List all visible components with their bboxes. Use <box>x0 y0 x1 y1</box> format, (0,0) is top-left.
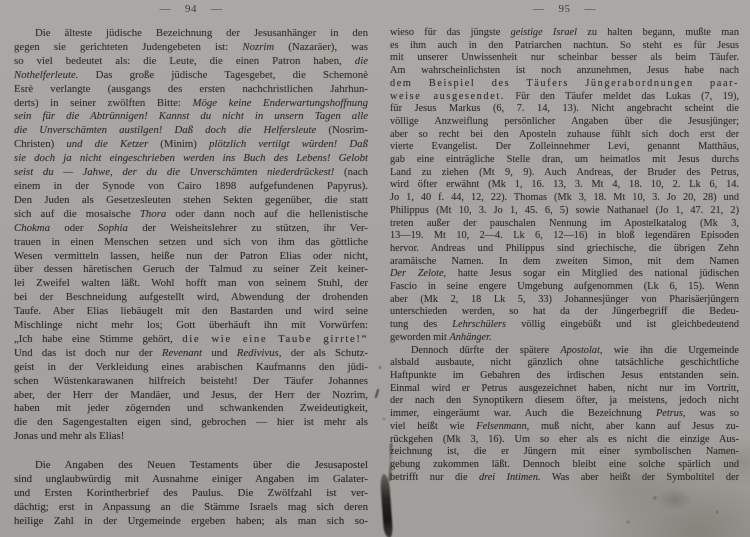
text-run: Nothelferleute. <box>14 69 78 81</box>
text-line: Die älteste jüdische Bezeichnung der Jes… <box>14 27 368 41</box>
text-line: die den Sagengestalten eigen sind, gebro… <box>14 416 368 430</box>
header-dash-left: — <box>160 3 172 15</box>
text-run: Und das ist doch nur der <box>14 347 162 359</box>
text-run: Land zu ziehen (Mt 9, 9). Auch Andreas, … <box>390 167 739 178</box>
text-run: , der als Schutz- <box>279 347 368 359</box>
text-line: gebung zukommen läßt. Dennoch bleibt ein… <box>390 459 739 472</box>
text-line: Taufe. Aber Elias liebäugelt mit den Bas… <box>14 305 368 319</box>
text-run: Nozrim <box>242 41 274 53</box>
text-run: geworden mit <box>390 332 449 343</box>
text-run: völlige Anzweiflung persönlicher Angaben… <box>390 116 739 127</box>
text-line: „Ich habe eine Stimme gehört, die wie ei… <box>14 333 368 347</box>
text-run: Lehrschülers <box>452 319 506 330</box>
text-line: wieso für das jüngste geistige Israel zu… <box>390 27 739 40</box>
text-run: der nach den Synoptikern diesem öfter, j… <box>390 395 739 406</box>
page-number-95: 95 <box>559 3 571 15</box>
text-run: die den Sagengestalten eigen sind, gebro… <box>14 416 368 428</box>
text-line: sie doch ja nicht eingeschrieben werden … <box>14 152 368 166</box>
paragraph: Dennoch dürfte der spätere Apostolat, wi… <box>390 345 739 485</box>
text-run: Die älteste jüdische Bezeichnung der Jes… <box>35 27 368 39</box>
text-line: unterschieden werden, so hat da der Jüng… <box>390 306 739 319</box>
text-run: betrifft nur die <box>390 472 479 483</box>
text-run: wie ihn die Urgemeinde <box>602 345 739 356</box>
text-line: zeichnung ist, die er Jüngern mit einer … <box>390 446 739 459</box>
text-run: dem Beispiel des Täufers Jüngerabordnung… <box>390 78 739 89</box>
text-line: geist in der Verkleidung eines arabische… <box>14 361 368 375</box>
text-run: immer, eingeräumt war. Auch die Bezeichn… <box>390 408 656 419</box>
page-94-header: —94— <box>14 3 368 15</box>
pen-mark <box>375 389 380 398</box>
text-run: dächtig; erst in Anpassung an die Stämme… <box>14 501 368 513</box>
text-run: muß nicht, aber kann auf Jesus zu- <box>529 421 739 432</box>
text-line: so viel bedeutet als: die Leute, die ein… <box>14 55 368 69</box>
text-run: treten außer der pauschalen Nennung im A… <box>390 218 739 229</box>
text-run: die wie eine Taube girrte!“ <box>182 333 368 345</box>
text-line: aramäische Namen. In dem zweiten Simon, … <box>390 256 739 269</box>
text-run: über dessen häretischen Geruch der Talmu… <box>14 263 368 275</box>
text-run: Redivivus <box>237 347 279 359</box>
text-run: die Unverschämten austilgen! Daß doch di… <box>14 124 316 136</box>
header-dash-right: — <box>211 3 223 15</box>
text-line: Haftpunkte im Gebahren des irdischen Jes… <box>390 370 739 383</box>
text-run: Anhänger. <box>449 332 491 343</box>
text-run: schen Wüstenkarawanen hilfreich beisteht… <box>14 375 368 387</box>
paragraph: wieso für das jüngste geistige Israel zu… <box>390 27 739 345</box>
text-run: zu halten begann, mußte man <box>577 27 739 38</box>
text-line: Einmal wird er Petrus ausgezeichnet habe… <box>390 383 739 396</box>
text-run: weise ausgesendet. <box>390 91 505 102</box>
text-line: Nothelferleute. Das große jüdische Tages… <box>14 69 368 83</box>
text-line: Chokma oder Sophia der Weisheitslehrer z… <box>14 222 368 236</box>
text-run: Petrus, <box>656 408 685 419</box>
text-line: über dessen häretischen Geruch der Talmu… <box>14 263 368 277</box>
text-run: „Ich habe eine Stimme gehört, <box>14 333 182 345</box>
text-run: und Ersten Korintherbrief des Paulus. Di… <box>14 487 368 499</box>
text-run: Thora <box>140 208 166 220</box>
text-line: wird öfter erwähnt (Mk 1, 16. 13, 3. Mt … <box>390 179 739 192</box>
text-line: sein für die Abtrünnigen! Kannst du nich… <box>14 110 368 124</box>
text-run: 13—19. Mt 10, 2—4. Lk 6, 12—16) in bloß … <box>390 230 739 241</box>
text-run: Fascio in seine engere Umgebung aufgenom… <box>390 281 739 292</box>
text-line: geworden mit Anhänger. <box>390 332 739 345</box>
text-run: für Jesus Markus (6, 7. 14, 13). Nicht a… <box>390 103 739 114</box>
text-run: Einmal wird er Petrus ausgezeichnet habe… <box>390 383 739 394</box>
text-run: tung des <box>390 319 452 330</box>
text-run: lei Zweifel walten läßt. Wohl hofft man … <box>14 277 368 289</box>
text-run: unterschieden werden, so hat da der Jüng… <box>390 306 739 317</box>
text-line: aber, der Herr der Mandäer, und Jesus, d… <box>14 389 368 403</box>
text-run: Möge keine Enderwartungshoffnung <box>192 97 368 109</box>
text-line: dem Beispiel des Täufers Jüngerabordnung… <box>390 78 739 91</box>
page-95-body: wieso für das jüngste geistige Israel zu… <box>390 27 739 484</box>
text-run: Wesen vermitteln lassen, heiße nun der P… <box>14 250 368 262</box>
text-run: Philippus (Mt 10, 3. Jo 1, 45. 6, 5) sow… <box>390 205 739 216</box>
text-run: aramäische Namen. In dem zweiten Simon, … <box>390 256 739 267</box>
text-line: sich auf die mosaische Thora oder dann n… <box>14 208 368 222</box>
text-run: die <box>355 55 368 67</box>
text-run: mit unserer Unwissenheit nur scheinbar b… <box>390 52 739 63</box>
text-line: schen Wüstenkarawanen hilfreich beisteht… <box>14 375 368 389</box>
text-run: hatte Jesus sogar ein Mitglied des natio… <box>446 268 739 279</box>
text-line: Der Zelote, hatte Jesus sogar ein Mitgli… <box>390 268 739 281</box>
text-run: so viel bedeutet als: die Leute, die ein… <box>14 55 355 67</box>
text-run: geist in der Verkleidung eines arabische… <box>14 361 368 373</box>
page-94-body: Die älteste jüdische Bezeichnung der Jes… <box>14 27 368 529</box>
text-run: geistige Israel <box>511 27 577 38</box>
text-run: aber (Mk 2, 18 Lk 5, 33) Johannesjünger … <box>390 294 739 305</box>
text-line: trauen in einen Menschen setzen und sich… <box>14 236 368 250</box>
pen-mark <box>379 366 381 369</box>
paragraph: Die älteste jüdische Bezeichnung der Jes… <box>14 27 368 444</box>
header-dash-left: — <box>533 3 545 15</box>
text-line: und Ersten Korintherbrief des Paulus. Di… <box>14 487 368 501</box>
text-run: Der Zelote, <box>390 268 446 279</box>
text-run: einem in der Synode von Cairo 1898 aufge… <box>14 180 368 192</box>
text-run: und <box>202 347 237 359</box>
text-line: Esrè verlangte (ausgangs des ersten nach… <box>14 83 368 97</box>
text-run: Apostolat, <box>560 345 602 356</box>
text-run: wieso für das jüngste <box>390 27 511 38</box>
text-line: Dennoch dürfte der spätere Apostolat, wi… <box>390 345 739 358</box>
text-line: Die Angaben des Neuen Testaments über di… <box>14 459 368 473</box>
text-line: die Unverschämten austilgen! Daß doch di… <box>14 124 368 138</box>
text-run: Den Juden als Gesetzesleuten stehen Sekt… <box>14 194 368 206</box>
text-run: aber so recht bei den Aposteln zuhause f… <box>390 129 739 140</box>
text-line: Fascio in seine engere Umgebung aufgenom… <box>390 281 739 294</box>
text-run: Haftpunkte im Gebahren des irdischen Jes… <box>390 370 739 381</box>
text-line: Philippus (Mt 10, 3. Jo 1, 45. 6, 5) sow… <box>390 205 739 218</box>
text-line: alsbald ausbaute, nicht gänzlich ohne ta… <box>390 357 739 370</box>
text-run: seist du — Jahwe, der du die Unverschämt… <box>14 166 334 178</box>
text-line: mit unserer Unwissenheit nur scheinbar b… <box>390 52 739 65</box>
text-run: viel heißt wie <box>390 421 476 432</box>
text-line: einem in der Synode von Cairo 1898 aufge… <box>14 180 368 194</box>
text-run: zeichnung ist, die er Jüngern mit einer … <box>390 446 739 457</box>
text-line: weise ausgesendet. Für den Täufer meldet… <box>390 91 739 104</box>
text-run: sein für die Abtrünnigen! Kannst du nich… <box>14 110 368 122</box>
text-line: gegen sie gerichteten Judengebeten ist: … <box>14 41 368 55</box>
text-line: rückgehen (Mk 3, 16). Um so eher als es … <box>390 434 739 447</box>
text-line: Wesen vermitteln lassen, heiße nun der P… <box>14 250 368 264</box>
text-run: sie doch ja nicht eingeschrieben werden … <box>14 152 368 164</box>
text-run: Am wahrscheinlichsten ist noch anzunehme… <box>390 65 739 76</box>
text-run: Das große jüdische Tagesgebet, die Schem… <box>78 69 368 81</box>
text-line: völlige Anzweiflung persönlicher Angaben… <box>390 116 739 129</box>
text-line: Christen) und die Ketzer (Minim) plötzli… <box>14 138 368 152</box>
text-run: hervor. Andreas und Philippus sind griec… <box>390 243 739 254</box>
text-line: Jo 1, 40 f. 44, 12, 22). Thomas (Mk 3, 1… <box>390 192 739 205</box>
text-line: dächtig; erst in Anpassung an die Stämme… <box>14 501 368 515</box>
text-line: lei Zweifel walten läßt. Wohl hofft man … <box>14 277 368 291</box>
text-line: viel heißt wie Felsenmann, muß nicht, ab… <box>390 421 739 434</box>
text-line: für Jesus Markus (6, 7. 14, 13). Nicht a… <box>390 103 739 116</box>
text-line: sind unglaubwürdig mit Ausnahme einiger … <box>14 473 368 487</box>
text-run: Jo 1, 40 f. 44, 12, 22). Thomas (Mk 3, 1… <box>390 192 739 203</box>
text-line: es ihm auch in den Patriarchen nachtun. … <box>390 40 739 53</box>
text-run: oder <box>50 222 98 234</box>
text-run: Revenant <box>162 347 202 359</box>
text-run: trauen in einen Menschen setzen und sich… <box>14 236 368 248</box>
text-line: vierte Evangelist. Der Zolleinnehmer Lev… <box>390 141 739 154</box>
text-run: drei Intimen. <box>479 472 541 483</box>
text-line: gab eine einträgliche Stelle dran, um he… <box>390 154 739 167</box>
text-line: der nach den Synoptikern diesem öfter, j… <box>390 395 739 408</box>
text-run: heilige Zahl in der Urgemeinde ergeben h… <box>14 515 368 527</box>
text-run: bei der Beschneidung aufgestellt wird, A… <box>14 291 368 303</box>
text-run: sind unglaubwürdig mit Ausnahme einiger … <box>14 473 368 485</box>
text-line: Den Juden als Gesetzesleuten stehen Sekt… <box>14 194 368 208</box>
text-run: (Nosrim- <box>316 124 368 136</box>
text-run: Sophia <box>98 222 128 234</box>
text-run: derts) in seiner zwölften Bitte: <box>14 97 192 109</box>
text-line: haben mit jeder zögernden und schwankend… <box>14 402 368 416</box>
text-run: Für den Täufer meldet das Lukas (7, 19), <box>505 91 739 102</box>
text-line: hervor. Andreas und Philippus sind griec… <box>390 243 739 256</box>
text-line: treten außer der pauschalen Nennung im A… <box>390 218 739 231</box>
text-run: Was aber heißt der Symboltitel der <box>541 472 739 483</box>
header-dash-right: — <box>585 3 597 15</box>
text-line: Jonas und mehr als Elias! <box>14 430 368 444</box>
text-line: bei der Beschneidung aufgestellt wird, A… <box>14 291 368 305</box>
pen-mark <box>383 418 385 420</box>
text-run: gegen sie gerichteten Judengebeten ist: <box>14 41 242 53</box>
page-number-94: 94 <box>185 3 197 15</box>
text-line: Mischlinge nicht mehr los; Gott überhäuf… <box>14 319 368 333</box>
text-run: Esrè verlangte (ausgangs des ersten nach… <box>14 83 368 95</box>
text-run: es ihm auch in den Patriarchen nachtun. … <box>390 40 739 51</box>
text-run: Mischlinge nicht mehr los; Gott überhäuf… <box>14 319 368 331</box>
text-run: sich auf die mosaische <box>14 208 140 220</box>
text-run: was so <box>685 408 739 419</box>
text-run: der Weisheitslehrer zu stützen, ihr Ver- <box>128 222 368 234</box>
text-run: (Minim) <box>148 138 209 150</box>
text-run: plötzlich vertilgt würden! Daß <box>209 138 368 150</box>
text-line: betrifft nur die drei Intimen. Was aber … <box>390 472 739 485</box>
text-line: Am wahrscheinlichsten ist noch anzunehme… <box>390 65 739 78</box>
text-run: Chokma <box>14 222 50 234</box>
book-scan: —94— —95— Die älteste jüdische Bezeichnu… <box>0 0 750 537</box>
text-run: völlig eingebüßt und ist gleichbedeutend <box>506 319 739 330</box>
text-run: gebung zukommen läßt. Dennoch bleibt ein… <box>390 459 739 470</box>
text-run: (Nazaräer), was <box>274 41 368 53</box>
text-run: rückgehen (Mk 3, 16). Um so eher als es … <box>390 434 739 445</box>
text-line: Und das ist doch nur der Revenant und Re… <box>14 347 368 361</box>
text-line: aber so recht bei den Aposteln zuhause f… <box>390 129 739 142</box>
text-run: und die Ketzer <box>66 138 148 150</box>
text-line: aber (Mk 2, 18 Lk 5, 33) Johannesjünger … <box>390 294 739 307</box>
text-line: immer, eingeräumt war. Auch die Bezeichn… <box>390 408 739 421</box>
text-line: seist du — Jahwe, der du die Unverschämt… <box>14 166 368 180</box>
text-run: alsbald ausbaute, nicht gänzlich ohne ta… <box>390 357 739 368</box>
text-line: 13—19. Mt 10, 2—4. Lk 6, 12—16) in bloß … <box>390 230 739 243</box>
paragraph: Die Angaben des Neuen Testaments über di… <box>14 459 368 529</box>
text-run: (nach <box>334 166 368 178</box>
text-run: Felsenmann, <box>476 421 529 432</box>
text-run: Christen) <box>14 138 66 150</box>
text-run: Die Angaben des Neuen Testaments über di… <box>35 459 368 471</box>
text-line: Land zu ziehen (Mt 9, 9). Auch Andreas, … <box>390 167 739 180</box>
text-line: tung des Lehrschülers völlig eingebüßt u… <box>390 319 739 332</box>
text-run: vierte Evangelist. Der Zolleinnehmer Lev… <box>390 141 739 152</box>
text-run: Dennoch dürfte der spätere <box>411 345 560 356</box>
page-95-header: —95— <box>390 3 739 15</box>
text-line: derts) in seiner zwölften Bitte: Möge ke… <box>14 97 368 111</box>
text-run: wird öfter erwähnt (Mk 1, 16. 13, 3. Mt … <box>390 179 739 190</box>
text-run: gab eine einträgliche Stelle dran, um he… <box>390 154 739 165</box>
text-run: Jonas und mehr als Elias! <box>14 430 124 442</box>
text-run: Taufe. Aber Elias liebäugelt mit den Bas… <box>14 305 368 317</box>
text-line: heilige Zahl in der Urgemeinde ergeben h… <box>14 515 368 529</box>
text-run: aber, der Herr der Mandäer, und Jesus, d… <box>14 389 368 401</box>
text-run: oder dann noch auf die hellenistische <box>166 208 368 220</box>
text-run: haben mit jeder zögernden und schwankend… <box>14 402 368 414</box>
